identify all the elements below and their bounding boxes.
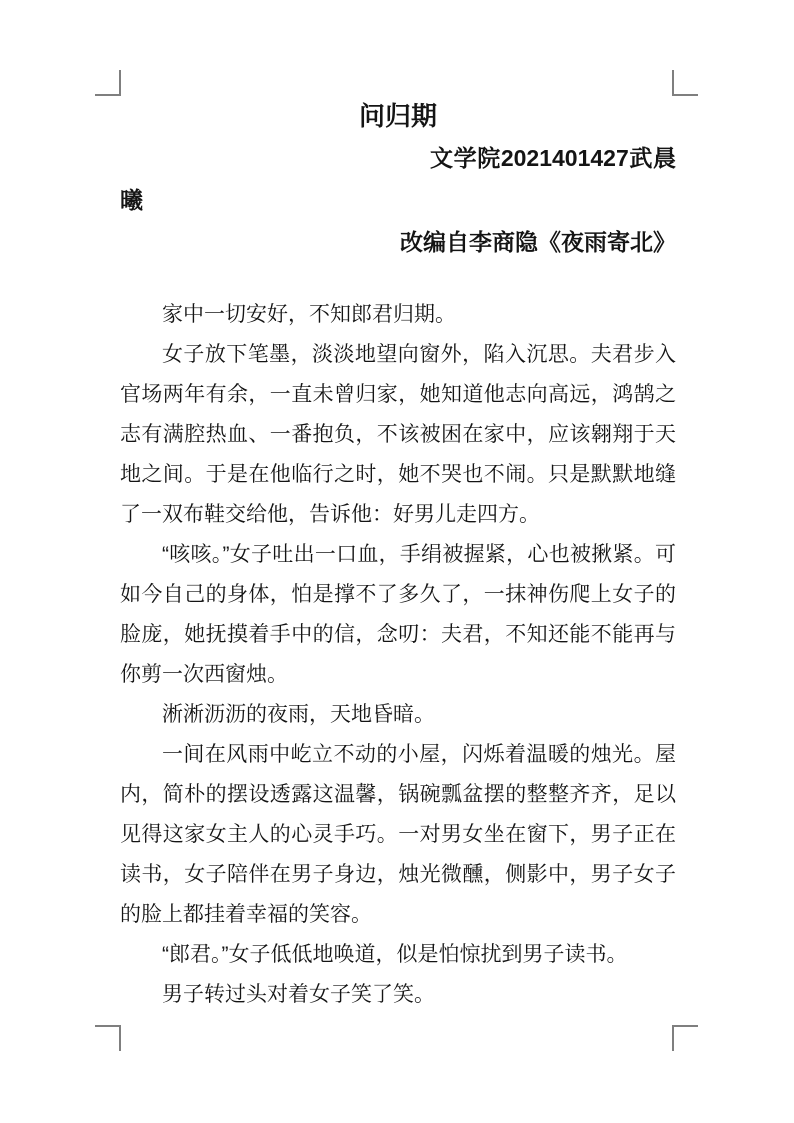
document-content: 问归期 文学院2021401427武晨曦 改编自李商隐《夜雨寄北》 家中一切安好…: [120, 95, 676, 1015]
body-paragraph: 男子转过头对着女子笑了笑。: [120, 975, 676, 1015]
body-paragraph: 女子放下笔墨，淡淡地望向窗外，陷入沉思。夫君步入官场两年有余，一直未曾归家，她知…: [120, 335, 676, 535]
document-title: 问归期: [120, 95, 676, 137]
body-paragraph: “郎君。”女子低低地唤道，似是怕惊扰到男子读书。: [120, 935, 676, 975]
source-note: 改编自李商隐《夜雨寄北》: [120, 221, 676, 263]
text-boundary-mark-bottom-right: [672, 1025, 698, 1051]
document-page: 问归期 文学院2021401427武晨曦 改编自李商隐《夜雨寄北》 家中一切安好…: [0, 0, 794, 1123]
body-paragraph: 家中一切安好，不知郎君归期。: [120, 295, 676, 335]
body-paragraph: 一间在风雨中屹立不动的小屋，闪烁着温暖的烛光。屋内，简朴的摆设透露这温馨，锅碗瓢…: [120, 735, 676, 935]
byline: 文学院2021401427武晨曦: [120, 137, 676, 221]
body-paragraph: 淅淅沥沥的夜雨，天地昏暗。: [120, 695, 676, 735]
text-boundary-mark-top-left: [95, 70, 121, 96]
text-boundary-mark-top-right: [672, 70, 698, 96]
text-boundary-mark-bottom-left: [95, 1025, 121, 1051]
document-body: 家中一切安好，不知郎君归期。女子放下笔墨，淡淡地望向窗外，陷入沉思。夫君步入官场…: [120, 295, 676, 1015]
body-paragraph: “咳咳。”女子吐出一口血，手绢被握紧，心也被揪紧。可如今自己的身体，怕是撑不了多…: [120, 535, 676, 695]
